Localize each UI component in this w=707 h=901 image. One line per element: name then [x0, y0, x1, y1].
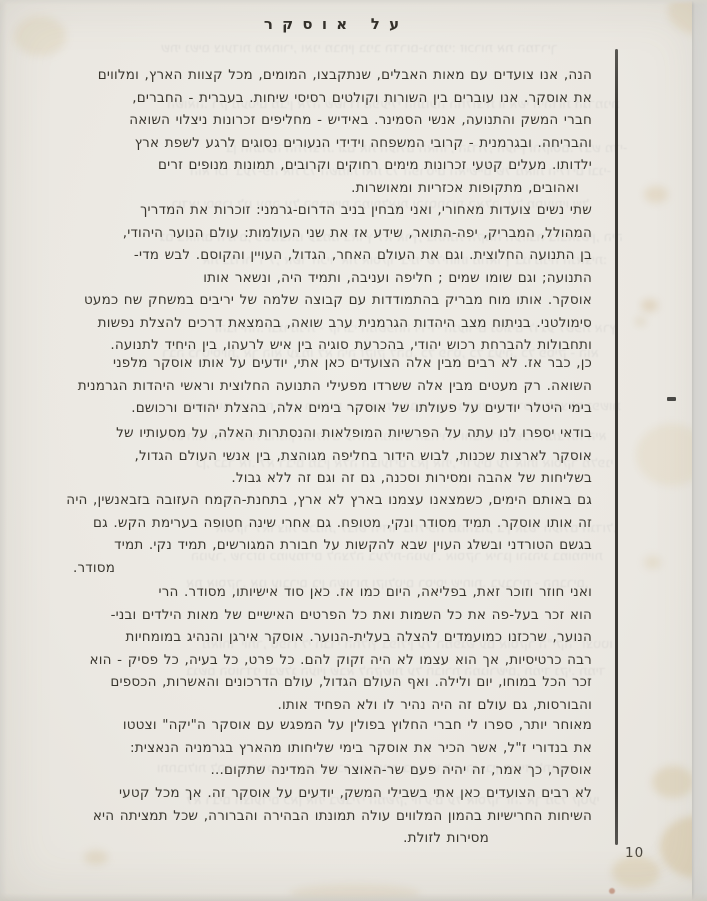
text-line: ואני חוזר וזוכר זאת, בפליאה, היום כמו אז…: [73, 581, 592, 604]
text-line: בודאי יספרו לנו עתה על הפרשיות המופלאות …: [73, 422, 592, 445]
text-line: מאוחר יותר, ספרו לי חברי החלוץ בפולין על…: [73, 714, 592, 737]
text-line: רבה כרטיסיות, אך הוא עצמו לא היה זקוק לה…: [73, 649, 592, 672]
paragraph: ואני חוזר וזוכר זאת, בפליאה, היום כמו אז…: [73, 581, 592, 716]
text-line: הנוער, שרכזנו כמועמדים להצלה בעלית-הנוער…: [73, 626, 592, 649]
text-line: אוסקר, כך אמר, זה יהיה פעם שר-האוצר של ה…: [73, 759, 592, 782]
text-line: כן, כבר אז. לא רבים מבין אלה הצועדים כאן…: [73, 352, 592, 375]
text-line: השואה. רק מעטים מבין אלה ששרדו מפעילי הת…: [73, 375, 592, 398]
text-line: מסודר.: [73, 557, 592, 580]
text-line: סימולטני. בניתוח מצב היהדות הגרמנית ערב …: [73, 312, 592, 335]
text-line: התנועה; וגם שומו שמים ; חליפה ועניבה, ות…: [73, 267, 592, 290]
stain: [84, 850, 108, 865]
text-line: מסירות לזולת.: [73, 827, 592, 850]
stain: [635, 317, 646, 326]
text-line: את אוסקר. אנו עוברים בין השורות וקולטים …: [73, 87, 592, 110]
scan-edge: [0, 0, 707, 5]
stain: [641, 299, 658, 312]
text-line: אוסקר לארצות שכנות, לבוש הידור בחליפה מג…: [73, 445, 592, 468]
text-line: גם באותם הימים, כשמצאנו עצמנו בארץ לא אר…: [73, 489, 592, 512]
text-line: שתי נשים צועדות מאחורי, ואני מבחין בניב …: [73, 199, 592, 222]
text-line: זה אותו אוסקר. תמיד מסודר ונקי, מטופח. ג…: [73, 512, 592, 535]
stain: [14, 16, 66, 56]
bleedthrough-text: שתי נשים צועדות מאחורי, ואני מבחין בניב …: [161, 40, 557, 55]
page-edge-rule: [615, 49, 618, 845]
paragraph: כן, כבר אז. לא רבים מבין אלה הצועדים כאן…: [73, 352, 592, 420]
stain: [644, 186, 668, 203]
text-line: בן התנועה החלוצית. וגם את העולם האחר, הג…: [73, 244, 592, 267]
text-line: ואהובים, מתקופות אכזריות ומאושרות.: [73, 177, 592, 200]
text-line: השיחות החרישיות בהמון המלווים עולה תמונת…: [73, 805, 592, 828]
scan-edge: [0, 0, 7, 901]
text-line: את בנדורי ז"ל, אשר הכיר את אוסקר בימי של…: [73, 737, 592, 760]
text-line: הנה, אנו צועדים עם מאות האבלים, שנתקבצו,…: [73, 64, 592, 87]
ink-mark: [667, 397, 676, 401]
paragraph: גם באותם הימים, כשמצאנו עצמנו בארץ לא אר…: [73, 489, 592, 579]
text-line: זכר הכל במוחו, יום ולילה. ואף העולם הגדו…: [73, 671, 592, 694]
paragraph: הנה, אנו צועדים עם מאות האבלים, שנתקבצו,…: [73, 64, 592, 199]
scan-edge: [692, 0, 707, 901]
text-line: והבורסות, גם עולם זה היה נהיר לו ולא הפח…: [73, 694, 592, 717]
text-line: אוסקר. אותו מוח מבריק בהתמודדות עם קבוצה…: [73, 289, 592, 312]
paragraph: לא רבים הצועדים כאן אתי בשבילי המשק, יוד…: [73, 782, 592, 850]
text-line: חברי המשק והתנועה, אנשי הסמינר. באידיש -…: [73, 109, 592, 132]
paragraph: מאוחר יותר, ספרו לי חברי החלוץ בפולין על…: [73, 714, 592, 782]
text-line: הוא זכר בעל-פה את כל השמות ואת כל הפרטים…: [73, 604, 592, 627]
text-line: לא רבים הצועדים כאן אתי בשבילי המשק, יוד…: [73, 782, 592, 805]
stain: [644, 556, 661, 569]
paragraph: בודאי יספרו לנו עתה על הפרשיות המופלאות …: [73, 422, 592, 490]
text-line: והבריחה. ובגרמנית - קרובי המשפחה וידידי …: [73, 132, 592, 155]
text-line: בימי היטלר יודעים על פעולתו של אוסקר בימ…: [73, 397, 592, 420]
text-line: בגשם הטורדני ובשלג העוין שבא להקשות על ח…: [73, 534, 592, 557]
paragraph: שתי נשים צועדות מאחורי, ואני מבחין בניב …: [73, 199, 592, 357]
text-line: ילדותו. מעלים קטעי זכרונות מימים רחוקים …: [73, 154, 592, 177]
text-line: המהולל, המבריק, יפה-התואר, שידע אז את שנ…: [73, 222, 592, 245]
text-line: בשליחות של אהבה ומסירות וסכנה, גם זה וגם…: [73, 467, 592, 490]
scan-edge: [0, 893, 707, 901]
page-title: ע ל א ו ס ק ר: [73, 15, 592, 33]
stain: [652, 766, 694, 798]
page-number: 10: [625, 845, 644, 861]
scanned-document-page: שתי נשים צועדות מאחורי, ואני מבחין בניב …: [0, 0, 707, 901]
